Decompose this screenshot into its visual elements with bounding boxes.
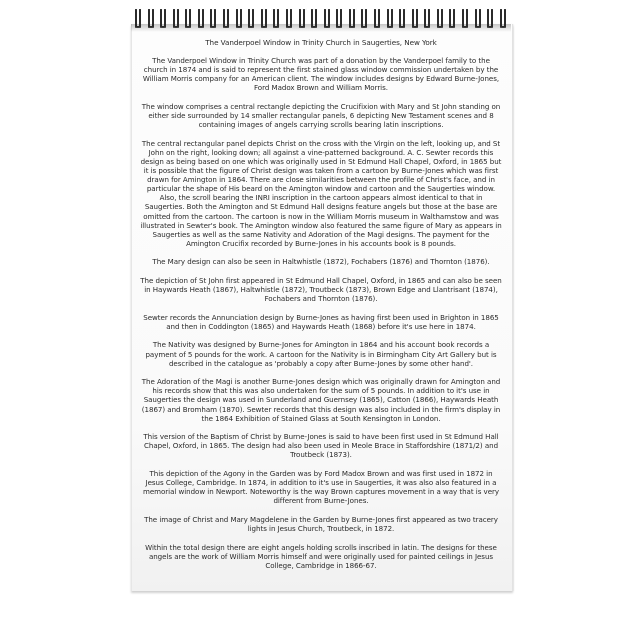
binding-coil-icon — [198, 9, 205, 29]
coil-loop — [424, 23, 430, 28]
paragraph-magdelene: The image of Christ and Mary Magdelene i… — [140, 515, 502, 533]
coil-loop — [248, 23, 254, 28]
binding-coil-icon — [135, 9, 142, 29]
binding-coil-icon — [261, 9, 268, 29]
binding-coil-icon — [424, 9, 431, 29]
coil-loop — [349, 23, 355, 28]
paragraph-intro: The Vanderpoel Window in Trinity Church … — [140, 56, 502, 92]
coil-loop — [223, 23, 229, 28]
binding-coil-icon — [160, 9, 167, 29]
coil-loop — [374, 23, 380, 28]
coil-loop — [160, 23, 166, 28]
paragraph-mary-design: The Mary design can also be seen in Halt… — [140, 257, 502, 266]
binding-coil-icon — [173, 9, 180, 29]
coil-loop — [387, 23, 393, 28]
binding-coil-icon — [311, 9, 318, 29]
coil-loop — [361, 23, 367, 28]
binding-coil-icon — [500, 9, 507, 29]
coil-loop — [399, 23, 405, 28]
coil-loop — [311, 23, 317, 28]
coil-loop — [236, 23, 242, 28]
coil-loop — [261, 23, 267, 28]
coil-loop — [173, 23, 179, 28]
coil-loop — [500, 23, 506, 28]
coil-loop — [198, 23, 204, 28]
calendar-text-page: The Vanderpoel Window in Trinity Church … — [140, 38, 502, 579]
binding-coil-icon — [437, 9, 444, 29]
coil-loop — [273, 23, 279, 28]
binding-coil-icon — [210, 9, 217, 29]
binding-coil-icon — [462, 9, 469, 29]
paragraph-composition: The window comprises a central rectangle… — [140, 102, 502, 129]
paragraph-st-john: The depiction of St John first appeared … — [140, 276, 502, 303]
spiral-binding-icon — [133, 9, 509, 33]
coil-loop — [412, 23, 418, 28]
binding-coil-icon — [487, 9, 494, 29]
binding-coil-icon — [387, 9, 394, 29]
coil-loop — [185, 23, 191, 28]
paragraph-agony: This depiction of the Agony in the Garde… — [140, 469, 502, 505]
paragraph-central-panel: The central rectangular panel depicts Ch… — [140, 139, 502, 248]
binding-coil-icon — [223, 9, 230, 29]
coil-loop — [336, 23, 342, 28]
page-title: The Vanderpoel Window in Trinity Church … — [140, 38, 502, 47]
coil-loop — [437, 23, 443, 28]
coil-loop — [210, 23, 216, 28]
coil-loop — [449, 23, 455, 28]
paragraph-baptism: This version of the Baptism of Christ by… — [140, 432, 502, 459]
coil-loop — [135, 23, 141, 28]
binding-coil-icon — [324, 9, 331, 29]
binding-coil-icon — [449, 9, 456, 29]
binding-coil-icon — [399, 9, 406, 29]
paragraph-annunciation: Sewter records the Annunciation design b… — [140, 313, 502, 331]
binding-coil-icon — [273, 9, 280, 29]
coil-loop — [462, 23, 468, 28]
binding-coil-icon — [336, 9, 343, 29]
paragraph-adoration: The Adoration of the Magi is another Bur… — [140, 377, 502, 422]
binding-coil-icon — [299, 9, 306, 29]
binding-coil-icon — [374, 9, 381, 29]
binding-coil-icon — [248, 9, 255, 29]
coil-loop — [299, 23, 305, 28]
coil-loop — [475, 23, 481, 28]
coil-loop — [324, 23, 330, 28]
paragraph-angels: Within the total design there are eight … — [140, 543, 502, 570]
binding-coil-icon — [185, 9, 192, 29]
binding-coil-icon — [286, 9, 293, 29]
binding-coil-icon — [236, 9, 243, 29]
binding-coil-icon — [361, 9, 368, 29]
binding-coil-icon — [148, 9, 155, 29]
binding-coil-icon — [349, 9, 356, 29]
paragraph-nativity: The Nativity was designed by Burne-Jones… — [140, 340, 502, 367]
coil-loop — [487, 23, 493, 28]
binding-coil-icon — [475, 9, 482, 29]
coil-loop — [148, 23, 154, 28]
coil-loop — [286, 23, 292, 28]
binding-coil-icon — [412, 9, 419, 29]
